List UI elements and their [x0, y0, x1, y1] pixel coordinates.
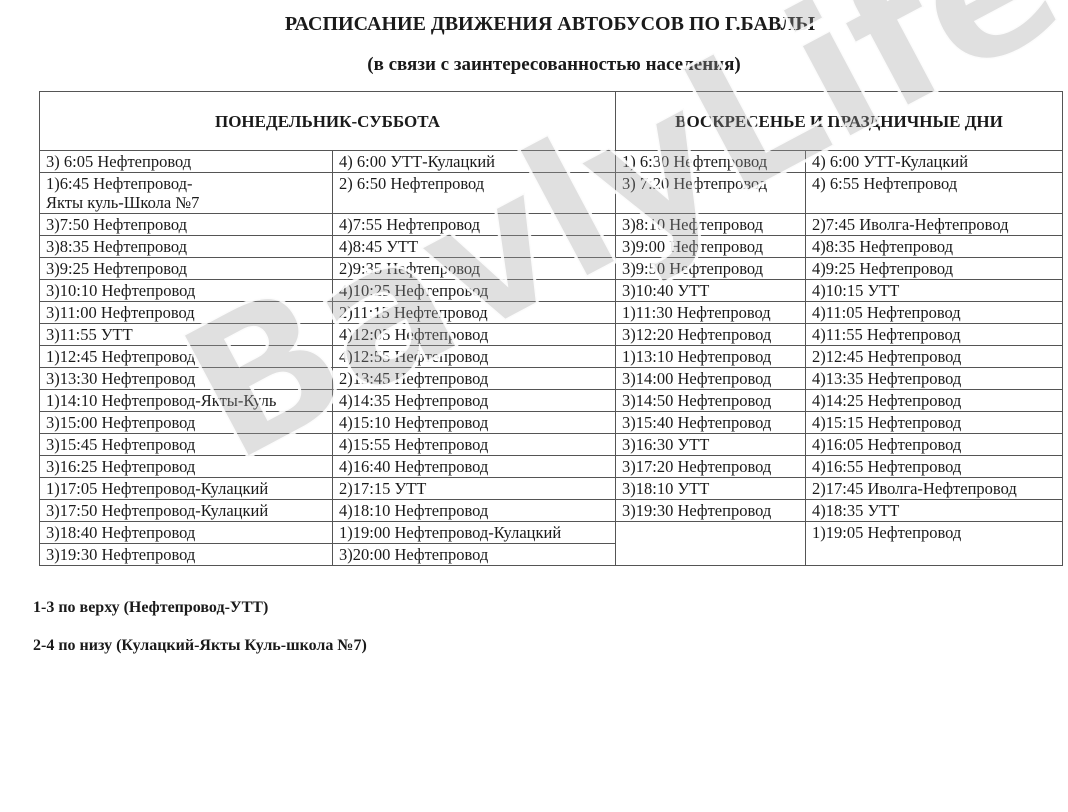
- legend-route-2-4: 2-4 по низу (Кулацкий-Якты Куль-школа №7…: [33, 637, 367, 655]
- table-row: 1)12:45 Нефтепровод4)12:55 Нефтепровод1)…: [40, 346, 1063, 368]
- schedule-cell: 3)17:50 Нефтепровод-Кулацкий: [40, 500, 333, 522]
- schedule-cell: [616, 522, 806, 566]
- schedule-cell: 2)13:45 Нефтепровод: [333, 368, 616, 390]
- schedule-cell: 1)17:05 Нефтепровод-Кулацкий: [40, 478, 333, 500]
- schedule-cell: 3)15:40 Нефтепровод: [616, 412, 806, 434]
- schedule-cell: 4)16:55 Нефтепровод: [806, 456, 1063, 478]
- table-row: 1)17:05 Нефтепровод-Кулацкий2)17:15 УТТ3…: [40, 478, 1063, 500]
- legend-route-1-3: 1-3 по верху (Нефтепровод-УТТ): [33, 599, 268, 617]
- schedule-cell: 4) 6:55 Нефтепровод: [806, 173, 1063, 214]
- schedule-cell: 2)17:45 Иволга-Нефтепровод: [806, 478, 1063, 500]
- table-row: 3)10:10 Нефтепровод4)10:25 Нефтепровод3)…: [40, 280, 1063, 302]
- table-row: 3)7:50 Нефтепровод4)7:55 Нефтепровод3)8:…: [40, 214, 1063, 236]
- schedule-cell: 4)12:05 Нефтепровод: [333, 324, 616, 346]
- schedule-cell: 3)19:30 Нефтепровод: [616, 500, 806, 522]
- schedule-cell: 3)17:20 Нефтепровод: [616, 456, 806, 478]
- table-row: 3)15:00 Нефтепровод4)15:10 Нефтепровод3)…: [40, 412, 1063, 434]
- schedule-cell: 1)12:45 Нефтепровод: [40, 346, 333, 368]
- schedule-cell: 3)14:00 Нефтепровод: [616, 368, 806, 390]
- schedule-cell: 3)14:50 Нефтепровод: [616, 390, 806, 412]
- schedule-cell: 4)15:10 Нефтепровод: [333, 412, 616, 434]
- table-row: 1)14:10 Нефтепровод-Якты-Куль4)14:35 Неф…: [40, 390, 1063, 412]
- schedule-cell: 3)8:35 Нефтепровод: [40, 236, 333, 258]
- schedule-table: ПОНЕДЕЛЬНИК-СУББОТА ВОСКРЕСЕНЬЕ И ПРАЗДН…: [39, 91, 1063, 566]
- table-row: 3)16:25 Нефтепровод4)16:40 Нефтепровод3)…: [40, 456, 1063, 478]
- table-row: 3)11:00 Нефтепровод2)11:15 Нефтепровод1)…: [40, 302, 1063, 324]
- schedule-cell: 4)15:15 Нефтепровод: [806, 412, 1063, 434]
- schedule-cell: 4)18:35 УТТ: [806, 500, 1063, 522]
- schedule-body: 3) 6:05 Нефтепровод4) 6:00 УТТ-Кулацкий1…: [40, 151, 1063, 566]
- table-row: 3)18:40 Нефтепровод1)19:00 Нефтепровод-К…: [40, 522, 1063, 544]
- schedule-cell: 3)20:00 Нефтепровод: [333, 544, 616, 566]
- schedule-cell: 3)18:10 УТТ: [616, 478, 806, 500]
- schedule-cell: 3)10:40 УТТ: [616, 280, 806, 302]
- schedule-cell: 1)19:05 Нефтепровод: [806, 522, 1063, 566]
- table-row: 3)11:55 УТТ4)12:05 Нефтепровод3)12:20 Не…: [40, 324, 1063, 346]
- schedule-cell: 4)8:35 Нефтепровод: [806, 236, 1063, 258]
- schedule-cell: 3)15:00 Нефтепровод: [40, 412, 333, 434]
- schedule-cell: 4)7:55 Нефтепровод: [333, 214, 616, 236]
- schedule-cell: 3)8:10 Нефтепровод: [616, 214, 806, 236]
- schedule-cell: 2)12:45 Нефтепровод: [806, 346, 1063, 368]
- schedule-cell: 4)16:40 Нефтепровод: [333, 456, 616, 478]
- schedule-cell: 3)9:25 Нефтепровод: [40, 258, 333, 280]
- schedule-cell: 4)14:35 Нефтепровод: [333, 390, 616, 412]
- schedule-cell: 2) 6:50 Нефтепровод: [333, 173, 616, 214]
- schedule-cell: 4)11:55 Нефтепровод: [806, 324, 1063, 346]
- schedule-cell: 3) 6:05 Нефтепровод: [40, 151, 333, 173]
- schedule-cell: 4)8:45 УТТ: [333, 236, 616, 258]
- holiday-header: ВОСКРЕСЕНЬЕ И ПРАЗДНИЧНЫЕ ДНИ: [616, 92, 1063, 151]
- schedule-cell: 3)7:50 Нефтепровод: [40, 214, 333, 236]
- schedule-cell: 3)9:50 Нефтепровод: [616, 258, 806, 280]
- table-row: 3)17:50 Нефтепровод-Кулацкий4)18:10 Нефт…: [40, 500, 1063, 522]
- schedule-cell: 4)18:10 Нефтепровод: [333, 500, 616, 522]
- schedule-cell: 3)16:30 УТТ: [616, 434, 806, 456]
- schedule-cell: 4)16:05 Нефтепровод: [806, 434, 1063, 456]
- schedule-cell: 3)11:55 УТТ: [40, 324, 333, 346]
- table-row: 3) 6:05 Нефтепровод4) 6:00 УТТ-Кулацкий1…: [40, 151, 1063, 173]
- table-header-row: ПОНЕДЕЛЬНИК-СУББОТА ВОСКРЕСЕНЬЕ И ПРАЗДН…: [40, 92, 1063, 151]
- schedule-cell: 3)15:45 Нефтепровод: [40, 434, 333, 456]
- schedule-cell: 3)9:00 Нефтепровод: [616, 236, 806, 258]
- page-title: РАСПИСАНИЕ ДВИЖЕНИЯ АВТОБУСОВ ПО Г.БАВЛЫ: [0, 13, 1068, 36]
- table-row: 3)15:45 Нефтепровод4)15:55 Нефтепровод3)…: [40, 434, 1063, 456]
- schedule-cell: 4)15:55 Нефтепровод: [333, 434, 616, 456]
- schedule-cell: 4)9:25 Нефтепровод: [806, 258, 1063, 280]
- schedule-cell: 4)13:35 Нефтепровод: [806, 368, 1063, 390]
- schedule-cell: 3)13:30 Нефтепровод: [40, 368, 333, 390]
- schedule-cell: 3)12:20 Нефтепровод: [616, 324, 806, 346]
- schedule-cell: 4)10:15 УТТ: [806, 280, 1063, 302]
- schedule-cell: 1)6:45 Нефтепровод-Якты куль-Школа №7: [40, 173, 333, 214]
- weekday-header: ПОНЕДЕЛЬНИК-СУББОТА: [40, 92, 616, 151]
- schedule-cell: 3)19:30 Нефтепровод: [40, 544, 333, 566]
- table-row: 1)6:45 Нефтепровод-Якты куль-Школа №72) …: [40, 173, 1063, 214]
- schedule-cell: 3) 7:20 Нефтепровод: [616, 173, 806, 214]
- schedule-cell: 3)10:10 Нефтепровод: [40, 280, 333, 302]
- schedule-cell: 4)14:25 Нефтепровод: [806, 390, 1063, 412]
- schedule-cell: 1)13:10 Нефтепровод: [616, 346, 806, 368]
- table-row: 3)13:30 Нефтепровод2)13:45 Нефтепровод3)…: [40, 368, 1063, 390]
- schedule-cell: 3)11:00 Нефтепровод: [40, 302, 333, 324]
- schedule-cell: 2)11:15 Нефтепровод: [333, 302, 616, 324]
- schedule-cell: 3)16:25 Нефтепровод: [40, 456, 333, 478]
- schedule-cell: 2)9:35 Нефтепровод: [333, 258, 616, 280]
- schedule-cell: 1)11:30 Нефтепровод: [616, 302, 806, 324]
- schedule-cell: 4) 6:00 УТТ-Кулацкий: [333, 151, 616, 173]
- table-row: 3)9:25 Нефтепровод2)9:35 Нефтепровод3)9:…: [40, 258, 1063, 280]
- schedule-cell: 4)10:25 Нефтепровод: [333, 280, 616, 302]
- schedule-cell: 2)7:45 Иволга-Нефтепровод: [806, 214, 1063, 236]
- table-row: 3)8:35 Нефтепровод4)8:45 УТТ3)9:00 Нефте…: [40, 236, 1063, 258]
- schedule-cell: 4)12:55 Нефтепровод: [333, 346, 616, 368]
- schedule-cell: 4)11:05 Нефтепровод: [806, 302, 1063, 324]
- schedule-cell: 1)19:00 Нефтепровод-Кулацкий: [333, 522, 616, 544]
- schedule-cell: 1) 6:30 Нефтепровод: [616, 151, 806, 173]
- schedule-cell: 3)18:40 Нефтепровод: [40, 522, 333, 544]
- schedule-cell: 2)17:15 УТТ: [333, 478, 616, 500]
- page-subtitle: (в связи с заинтересованностью населения…: [0, 54, 1068, 76]
- schedule-cell: 1)14:10 Нефтепровод-Якты-Куль: [40, 390, 333, 412]
- schedule-cell: 4) 6:00 УТТ-Кулацкий: [806, 151, 1063, 173]
